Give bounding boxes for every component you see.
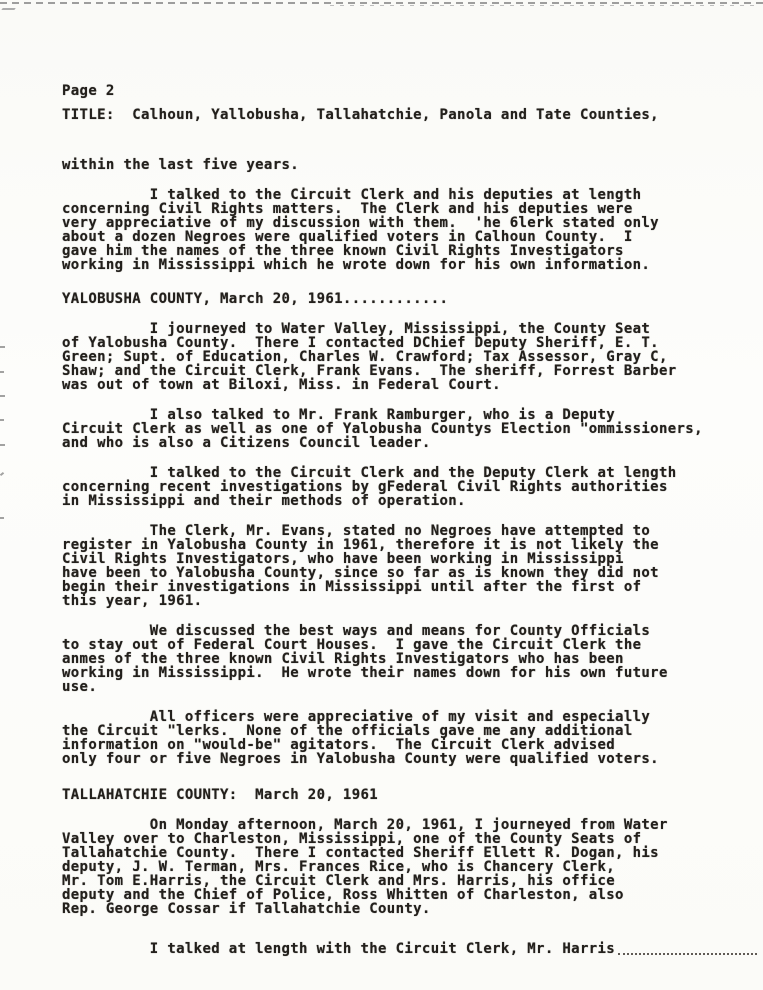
paragraph-frank-ramburger: I also talked to Mr. Frank Ramburger, wh… bbox=[62, 408, 742, 450]
scan-mark bbox=[0, 395, 5, 397]
paragraph-recent-investigations: I talked to the Circuit Clerk and the De… bbox=[62, 466, 742, 508]
paragraph-county-officials-discussion: We discussed the best ways and means for… bbox=[62, 624, 742, 694]
scan-mark bbox=[0, 346, 5, 348]
final-line-text: I talked at length with the Circuit Cler… bbox=[62, 942, 615, 956]
section-heading-tallahatchie-county: TALLAHATCHIE COUNTY: March 20, 1961 bbox=[62, 788, 742, 802]
scan-edge-dashed-line-secondary bbox=[330, 5, 760, 6]
document-title-line: TITLE: Calhoun, Yallobusha, Tallahatchie… bbox=[62, 108, 742, 122]
section-heading-yalobusha-county: YALOBUSHA COUNTY, March 20, 1961........… bbox=[62, 292, 742, 306]
title-continuation-line: within the last five years. bbox=[62, 158, 742, 172]
scan-mark bbox=[0, 444, 5, 446]
scan-edge-dashed-line bbox=[0, 2, 763, 4]
paragraph-water-valley-contacts: I journeyed to Water Valley, Mississippi… bbox=[62, 322, 742, 392]
dotted-leader-line bbox=[618, 953, 757, 955]
document-body: Page 2 TITLE: Calhoun, Yallobusha, Talla… bbox=[62, 84, 742, 956]
scan-mark bbox=[0, 419, 4, 421]
scan-corner-mark bbox=[0, 8, 16, 13]
final-line-row: I talked at length with the Circuit Cler… bbox=[62, 942, 757, 956]
paragraph-clerk-evans-statement: The Clerk, Mr. Evans, stated no Negroes … bbox=[62, 524, 742, 608]
page-number-label: Page 2 bbox=[62, 84, 742, 98]
scan-mark bbox=[0, 371, 4, 373]
scan-mark bbox=[0, 517, 4, 519]
paragraph-officers-appreciative: All officers were appreciative of my vis… bbox=[62, 710, 742, 766]
paragraph-calhoun-circuit-clerk: I talked to the Circuit Clerk and his de… bbox=[62, 188, 742, 272]
scanned-document-page: Page 2 TITLE: Calhoun, Yallobusha, Talla… bbox=[0, 0, 763, 990]
scan-mark bbox=[0, 472, 4, 476]
paragraph-charleston-contacts: On Monday afternoon, March 20, 1961, I j… bbox=[62, 818, 742, 916]
